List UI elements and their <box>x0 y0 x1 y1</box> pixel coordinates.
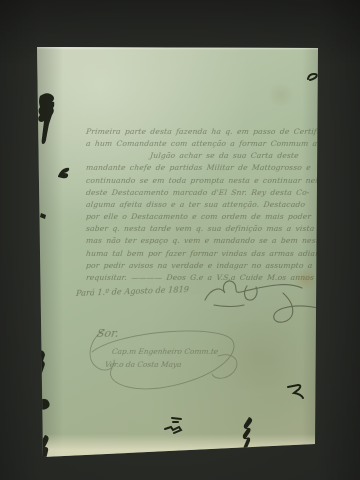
ink-blot-left-low <box>38 399 49 410</box>
photo-background: Primeira parte desta fazenda ha q. em pa… <box>0 0 360 480</box>
ink-blots-layer <box>0 0 360 480</box>
ink-mark-left <box>40 213 46 219</box>
ink-squiggle-bottom-left <box>165 418 181 433</box>
ink-dot <box>45 131 47 133</box>
ink-squiggle-right <box>288 385 303 398</box>
ink-dot <box>52 102 55 105</box>
ink-squiggle-left <box>58 168 69 179</box>
manuscript-paper: Primeira parte desta fazenda ha q. em pa… <box>0 0 360 480</box>
ink-squiggle-left-bottom <box>40 435 48 468</box>
ink-dot <box>245 450 249 454</box>
ink-jag-bottom-center <box>242 417 252 463</box>
ink-hook-right-top <box>308 74 317 80</box>
ink-blot-left-top <box>38 93 54 144</box>
ink-blot-left-mid <box>37 350 45 379</box>
